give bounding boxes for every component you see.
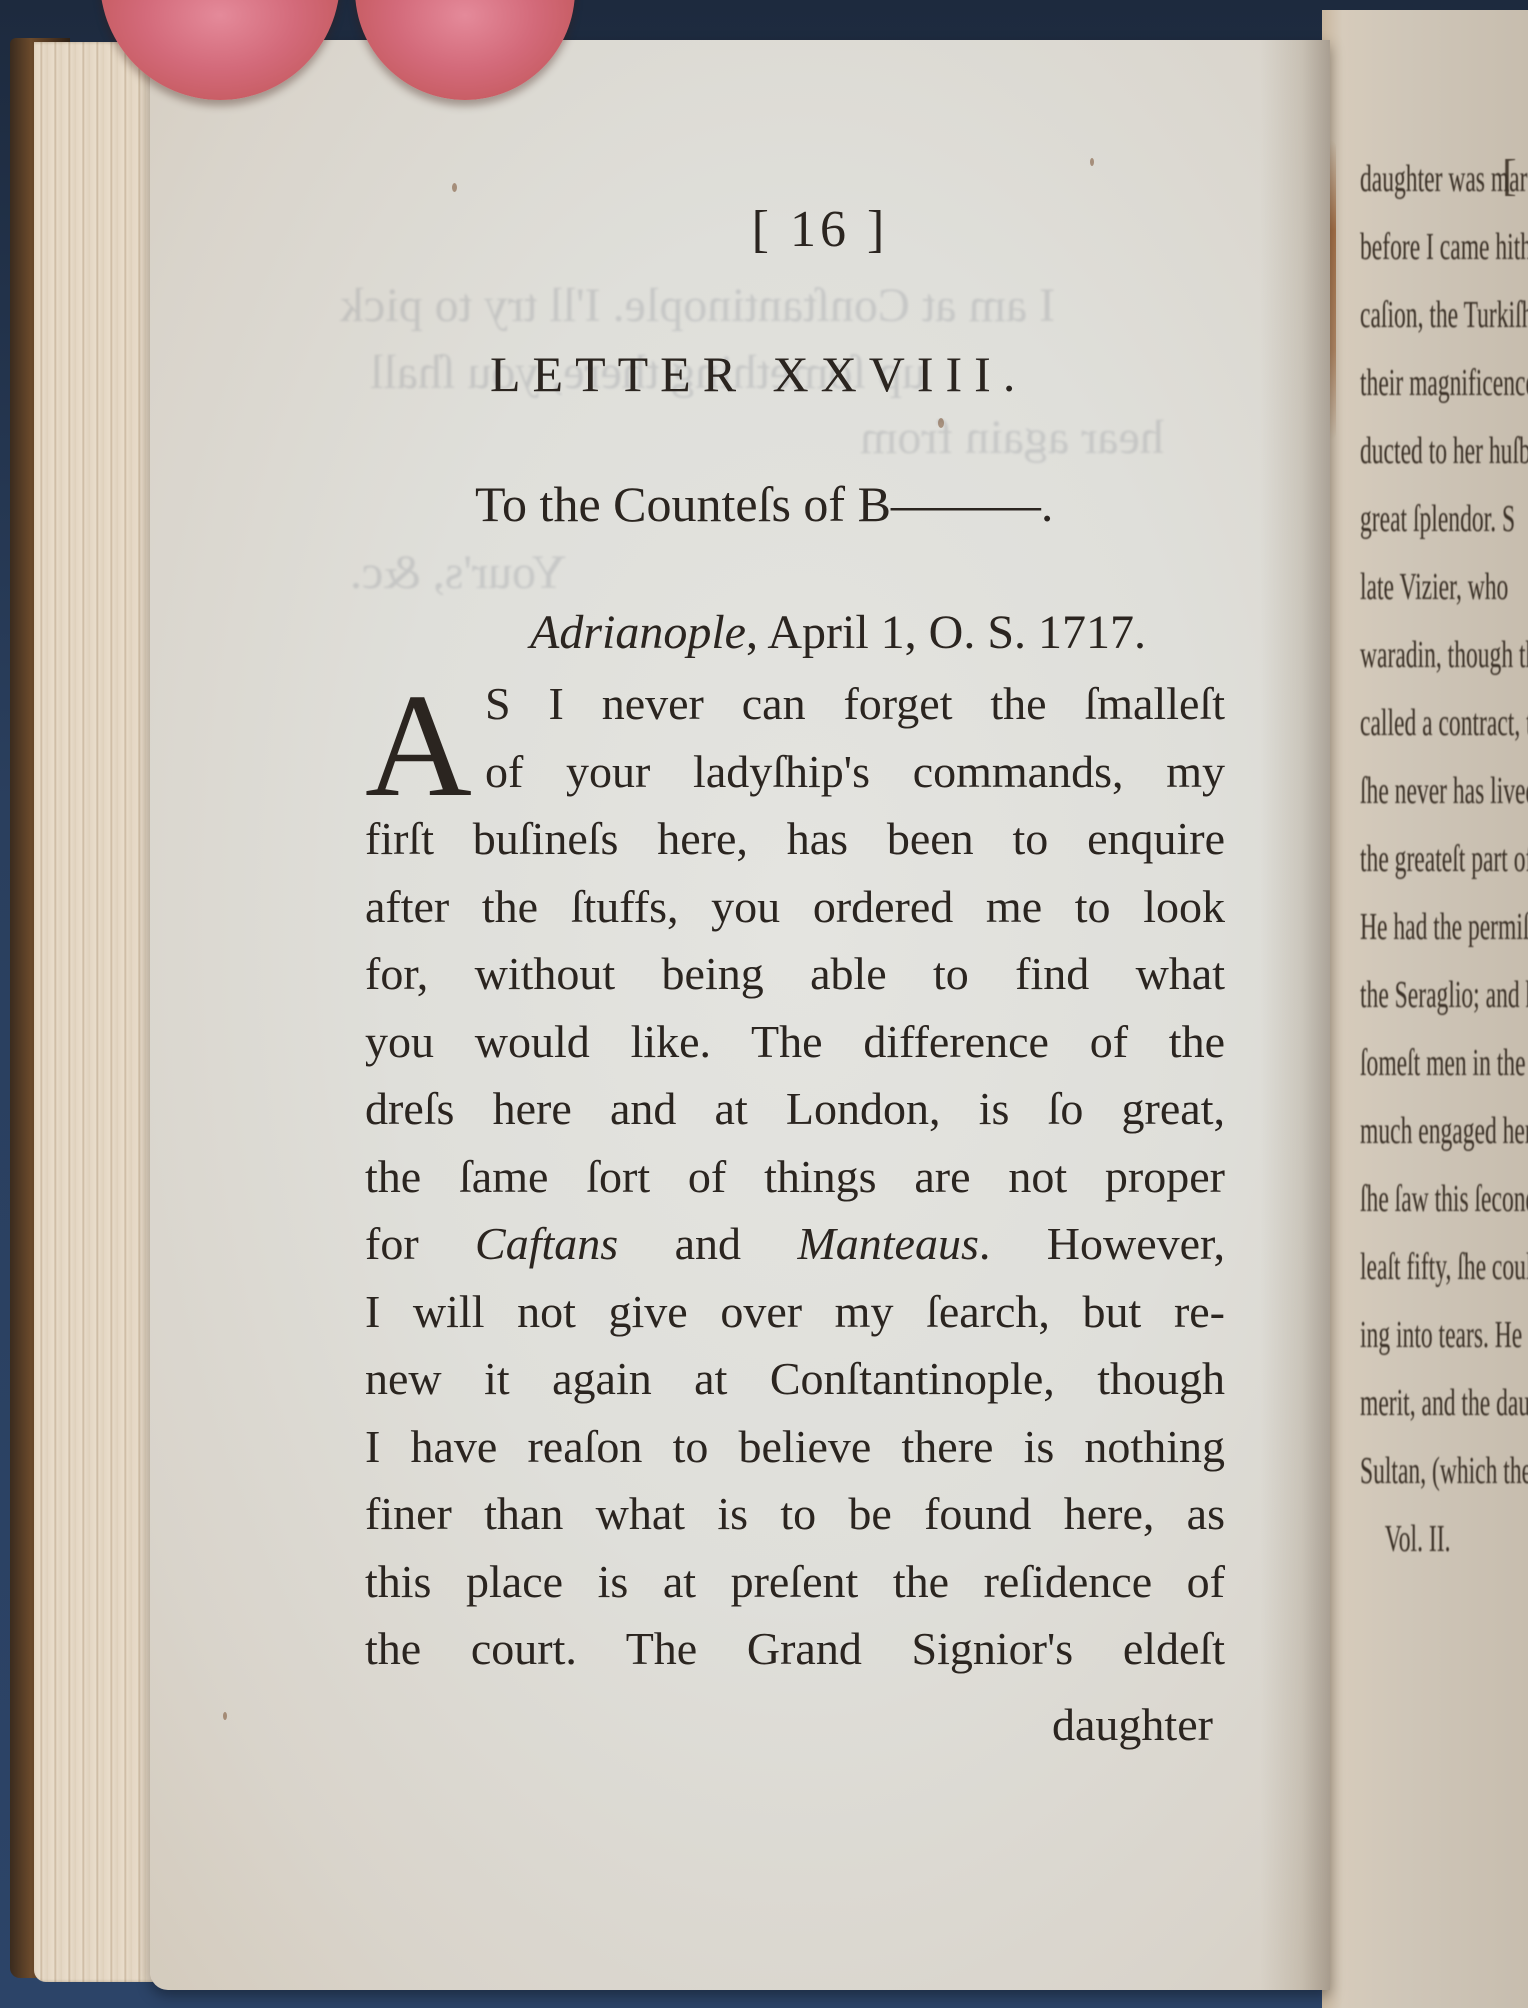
salutation: To the Counteſs of B———. — [475, 475, 1053, 533]
body-line: this place is at preſent the reſidence o… — [365, 1548, 1225, 1616]
text-fragment: for — [365, 1218, 475, 1269]
facing-line: waradin, though th — [1360, 621, 1528, 689]
foxing-spot — [938, 418, 944, 428]
facing-line: the greateſt part of — [1360, 825, 1528, 893]
facing-line: the Seraglio; and h — [1360, 961, 1528, 1029]
facing-line: called a contract, th — [1360, 689, 1528, 757]
facing-line: caſion, the Turkiſh — [1360, 281, 1528, 349]
body-line: after the ſtuffs, you ordered me to look — [365, 873, 1225, 941]
facing-line: merit, and the daub — [1360, 1369, 1528, 1437]
body-line: I will not give over my ſearch, but re- — [365, 1278, 1225, 1346]
body-line: firſt buſineſs here, has been to enquire — [365, 805, 1225, 873]
facing-page-text: daughter was mar before I came hithe caſ… — [1360, 145, 1528, 1573]
facing-line: He had the permiſſi — [1360, 893, 1528, 961]
facing-line: leaſt fifty, ſhe coul — [1360, 1233, 1528, 1301]
volume-signature: Vol. II. — [1385, 1505, 1528, 1573]
body-line: dreſs here and at London, is ſo great, — [365, 1075, 1225, 1143]
facing-line: ducted to her huſb — [1360, 417, 1528, 485]
dateline: Adrianople, April 1, O. S. 1717. — [530, 605, 1146, 660]
bleed-through-line: hear again from — [860, 410, 1164, 465]
text-fragment: . However, — [979, 1218, 1225, 1269]
page-number: [ 16 ] — [0, 200, 1528, 259]
facing-line: much engaged her a — [1360, 1097, 1528, 1165]
body-line-italic-terms: for Caftans and Manteaus. However, — [365, 1210, 1225, 1278]
body-line: for, without being able to find what — [365, 940, 1225, 1008]
catchword: daughter — [1052, 1698, 1213, 1751]
facing-line: ſhe ſaw this ſecond — [1360, 1165, 1528, 1233]
letter-body: S I never can forget the ſmalleſt of you… — [365, 670, 1225, 1683]
italic-term: Caftans — [475, 1218, 618, 1269]
facing-line: ſomeſt men in the — [1360, 1029, 1528, 1097]
page-gutter-shadow — [1260, 40, 1330, 1990]
facing-line: ſhe never has lived — [1360, 757, 1528, 825]
dateline-place: Adrianople — [530, 606, 746, 659]
facing-line: their magnificence. — [1360, 349, 1528, 417]
foxing-spot — [223, 1712, 227, 1720]
body-line: you would like. The difference of the — [365, 1008, 1225, 1076]
bleed-through-line: Your's, &c. — [350, 545, 566, 600]
body-line: I have reaſon to believe there is nothin… — [365, 1413, 1225, 1481]
text-fragment: and — [618, 1218, 797, 1269]
italic-term: Manteaus — [797, 1218, 978, 1269]
foxing-spot — [452, 183, 457, 192]
dateline-date: , April 1, O. S. 1717. — [746, 606, 1146, 659]
bleed-through-line: I am at Conſtantinople. I'll try to pick — [340, 278, 1055, 333]
facing-line: Sultan, (which the — [1360, 1437, 1528, 1505]
body-line: the court. The Grand Signior's eldeſt — [365, 1615, 1225, 1683]
body-line: finer than what is to be found here, as — [365, 1480, 1225, 1548]
facing-page: [ daughter was mar before I came hithe c… — [1322, 10, 1528, 2008]
body-line: of your ladyſhip's commands, my — [365, 738, 1225, 806]
letter-heading: LETTER XXVIII. — [490, 345, 1027, 403]
body-line: S I never can forget the ſmalleſt — [365, 670, 1225, 738]
facing-line: late Vizier, who — [1360, 553, 1528, 621]
facing-line: ing into tears. He — [1360, 1301, 1528, 1369]
body-line: new it again at Conſtantinople, though — [365, 1345, 1225, 1413]
body-line: the ſame ſort of things are not proper — [365, 1143, 1225, 1211]
facing-line: great ſplendor. S — [1360, 485, 1528, 553]
foxing-spot — [1090, 158, 1094, 166]
